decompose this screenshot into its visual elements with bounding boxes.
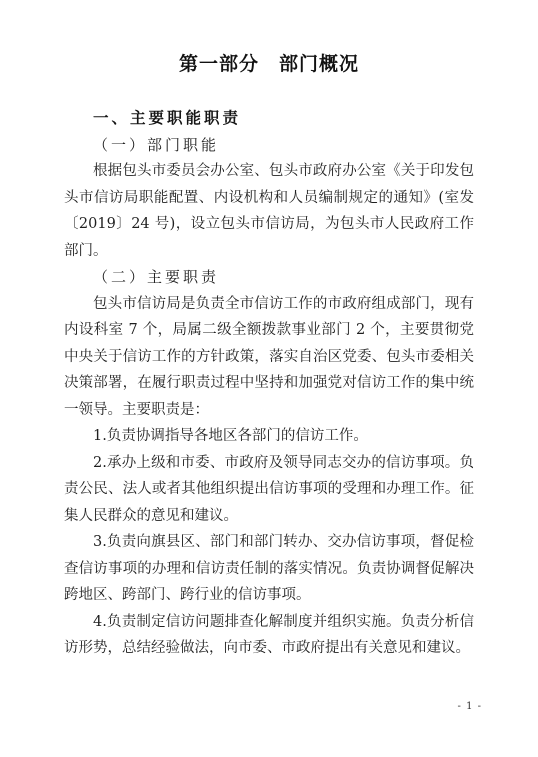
numbered-item: 2.承办上级和市委、市政府及领导同志交办的信访事项。负责公民、法人或者其他组织提… [64,450,474,530]
numbered-item: 1.负责协调指导各地区各部门的信访工作。 [64,423,474,450]
numbered-item: 4.负责制定信访问题排查化解制度并组织实施。负责分析信访形势，总结经验做法，向市… [64,609,474,662]
section-heading: 一、主要职能职责 [64,105,474,132]
numbered-item: 3.负责向旗县区、部门和部门转办、交办信访事项，督促检查信访事项的办理和信访责任… [64,529,474,609]
document-body: 一、主要职能职责（一）部门职能根据包头市委员会办公室、包头市政府办公室《关于印发… [64,105,474,662]
document-title: 第一部分 部门概况 [0,0,538,76]
sub-heading: （一）部门职能 [64,132,474,159]
body-paragraph: 根据包头市委员会办公室、包头市政府办公室《关于印发包头市信访局职能配置、内设机构… [64,158,474,264]
page-number: - 1 - [458,701,482,712]
document-page: 第一部分 部门概况 一、主要职能职责（一）部门职能根据包头市委员会办公室、包头市… [0,0,538,757]
sub-heading: （二）主要职责 [64,264,474,291]
body-paragraph: 包头市信访局是负责全市信访工作的市政府组成部门，现有内设科室 7 个，局属二级全… [64,291,474,424]
